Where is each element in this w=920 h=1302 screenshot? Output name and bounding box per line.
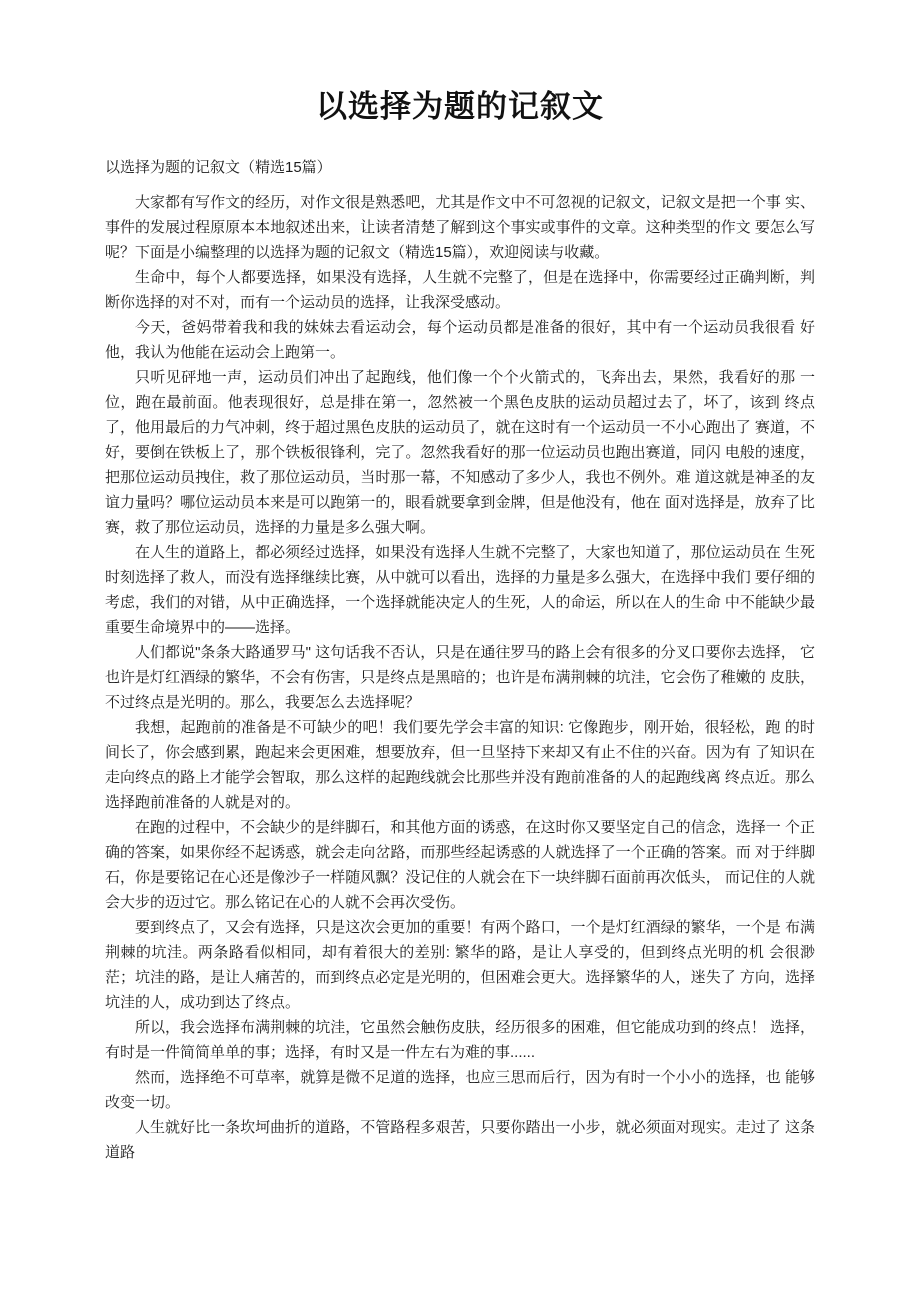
- paragraph-4: 只听见砰地一声，运动员们冲出了起跑线，他们像一个个火箭式的，飞奔出去，果然，我看…: [105, 365, 815, 540]
- document-title: 以选择为题的记叙文: [105, 88, 815, 126]
- paragraph-2: 生命中，每个人都要选择，如果没有选择，人生就不完整了，但是在选择中，你需要经过正…: [105, 265, 815, 315]
- paragraph-5: 在人生的道路上，都必须经过选择，如果没有选择人生就不完整了，大家也知道了，那位运…: [105, 540, 815, 640]
- document-page: 以选择为题的记叙文 以选择为题的记叙文（精选15篇） 大家都有写作文的经历，对作…: [0, 0, 920, 1302]
- document-subtitle: 以选择为题的记叙文（精选15篇）: [105, 155, 815, 180]
- paragraph-8: 在跑的过程中，不会缺少的是绊脚石，和其他方面的诱惑，在这时你又要坚定自己的信念，…: [105, 815, 815, 915]
- paragraph-6: 人们都说"条条大路通罗马" 这句话我不否认，只是在通往罗马的路上会有很多的分叉口…: [105, 640, 815, 715]
- paragraph-12: 人生就好比一条坎坷曲折的道路，不管路程多艰苦，只要你踏出一小步，就必须面对现实。…: [105, 1115, 815, 1165]
- paragraph-3: 今天，爸妈带着我和我的妹妹去看运动会，每个运动员都是准备的很好，其中有一个运动员…: [105, 315, 815, 365]
- paragraph-11: 然而，选择绝不可草率，就算是微不足道的选择，也应三思而后行，因为有时一个小小的选…: [105, 1065, 815, 1115]
- paragraph-10: 所以，我会选择布满荆棘的坑洼，它虽然会触伤皮肤，经历很多的困难，但它能成功到的终…: [105, 1015, 815, 1065]
- document-body: 大家都有写作文的经历，对作文很是熟悉吧，尤其是作文中不可忽视的记叙文，记叙文是把…: [105, 190, 815, 1165]
- paragraph-9: 要到终点了，又会有选择，只是这次会更加的重要！有两个路口，一个是灯红酒绿的繁华，…: [105, 915, 815, 1015]
- paragraph-intro: 大家都有写作文的经历，对作文很是熟悉吧，尤其是作文中不可忽视的记叙文，记叙文是把…: [105, 190, 815, 265]
- paragraph-7: 我想，起跑前的准备是不可缺少的吧！我们要先学会丰富的知识: 它像跑步，刚开始，很…: [105, 715, 815, 815]
